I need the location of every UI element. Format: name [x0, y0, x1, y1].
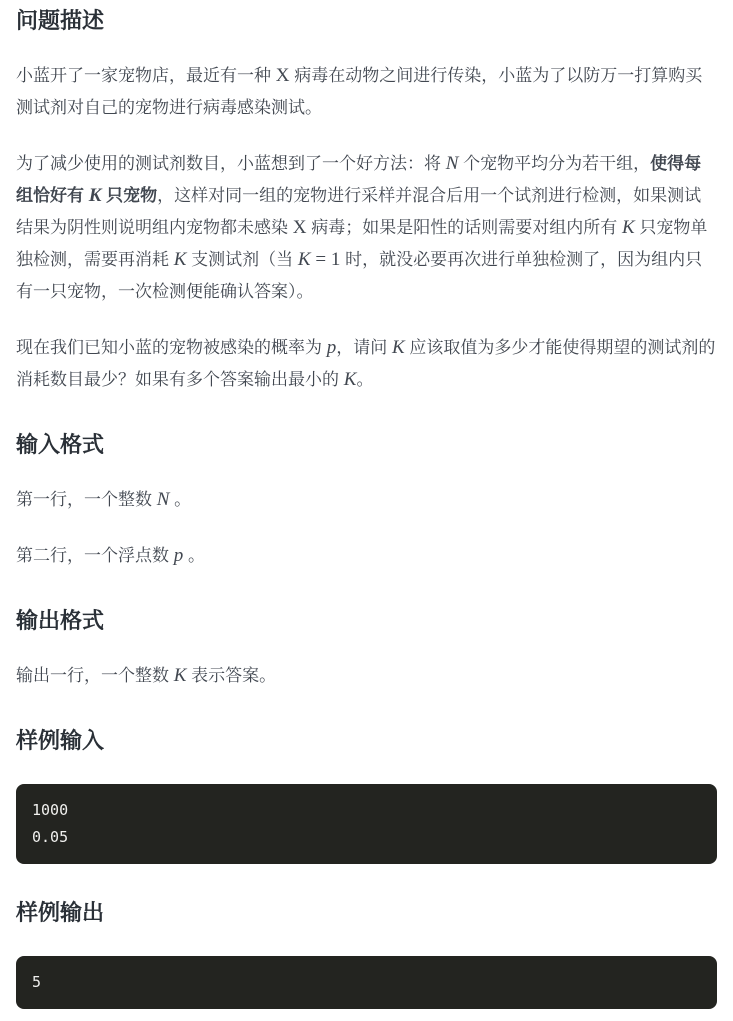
math-variable: K — [174, 665, 187, 686]
text-run: 为了减少使用的测试剂数目，小蓝想到了一个好方法：将 — [16, 154, 446, 173]
math-variable: K — [622, 217, 635, 238]
text-run: 小蓝开了一家宠物店，最近有一种 — [16, 66, 276, 85]
math-variable: K — [344, 369, 357, 390]
text-run: 个宠物平均分为若干组， — [458, 154, 650, 173]
section-heading-sample-output: 样例输出 — [16, 898, 717, 928]
problem-paragraph-question: 现在我们已知小蓝的宠物被感染的概率为 p，请问 K 应该取值为多少才能使得期望的… — [16, 332, 717, 396]
math-variable: K — [174, 249, 187, 270]
input-format-line-2: 第二行，一个浮点数 p 。 — [16, 540, 717, 572]
math-variable: K — [298, 249, 311, 270]
input-format-line-1: 第一行，一个整数 N 。 — [16, 484, 717, 516]
section-heading-output-format: 输出格式 — [16, 606, 717, 636]
text-run: 。 — [183, 546, 205, 565]
math-variable: K — [89, 185, 102, 206]
math-variable: X — [293, 217, 307, 238]
math-variable: = 1 — [311, 249, 341, 270]
math-variable: K — [392, 337, 405, 358]
math-variable: N — [446, 153, 459, 174]
sample-input-code-block: 1000 0.05 — [16, 784, 717, 864]
text-run: 支测试剂（当 — [186, 250, 297, 269]
problem-paragraph-intro: 小蓝开了一家宠物店，最近有一种 X 病毒在动物之间进行传染，小蓝为了以防万一打算… — [16, 60, 717, 124]
text-run: 输出一行，一个整数 — [16, 666, 174, 685]
section-heading-sample-input: 样例输入 — [16, 726, 717, 756]
text-run: 只宠物 — [101, 186, 157, 205]
text-run: 。 — [356, 370, 373, 389]
sample-output-code-block: 5 — [16, 956, 717, 1009]
math-variable: X — [276, 65, 290, 86]
text-run: 病毒；如果是阳性的话则需要对组内所有 — [306, 218, 621, 237]
section-heading-problem-description: 问题描述 — [16, 6, 717, 36]
text-run: 现在我们已知小蓝的宠物被感染的概率为 — [16, 338, 327, 357]
output-format-line: 输出一行，一个整数 K 表示答案。 — [16, 660, 717, 692]
math-variable: p — [174, 545, 184, 566]
math-variable: N — [157, 489, 170, 510]
problem-page: 问题描述 小蓝开了一家宠物店，最近有一种 X 病毒在动物之间进行传染，小蓝为了以… — [0, 0, 733, 1021]
text-run: 第二行，一个浮点数 — [16, 546, 174, 565]
math-variable: p — [327, 337, 337, 358]
text-run: 。 — [169, 490, 191, 509]
text-run: 第一行，一个整数 — [16, 490, 157, 509]
problem-paragraph-method: 为了减少使用的测试剂数目，小蓝想到了一个好方法：将 N 个宠物平均分为若干组，使… — [16, 148, 717, 308]
text-run: 表示答案。 — [186, 666, 276, 685]
section-heading-input-format: 输入格式 — [16, 430, 717, 460]
text-run: ，请问 — [336, 338, 392, 357]
problem-content: 问题描述 小蓝开了一家宠物店，最近有一种 X 病毒在动物之间进行传染，小蓝为了以… — [0, 0, 733, 1009]
